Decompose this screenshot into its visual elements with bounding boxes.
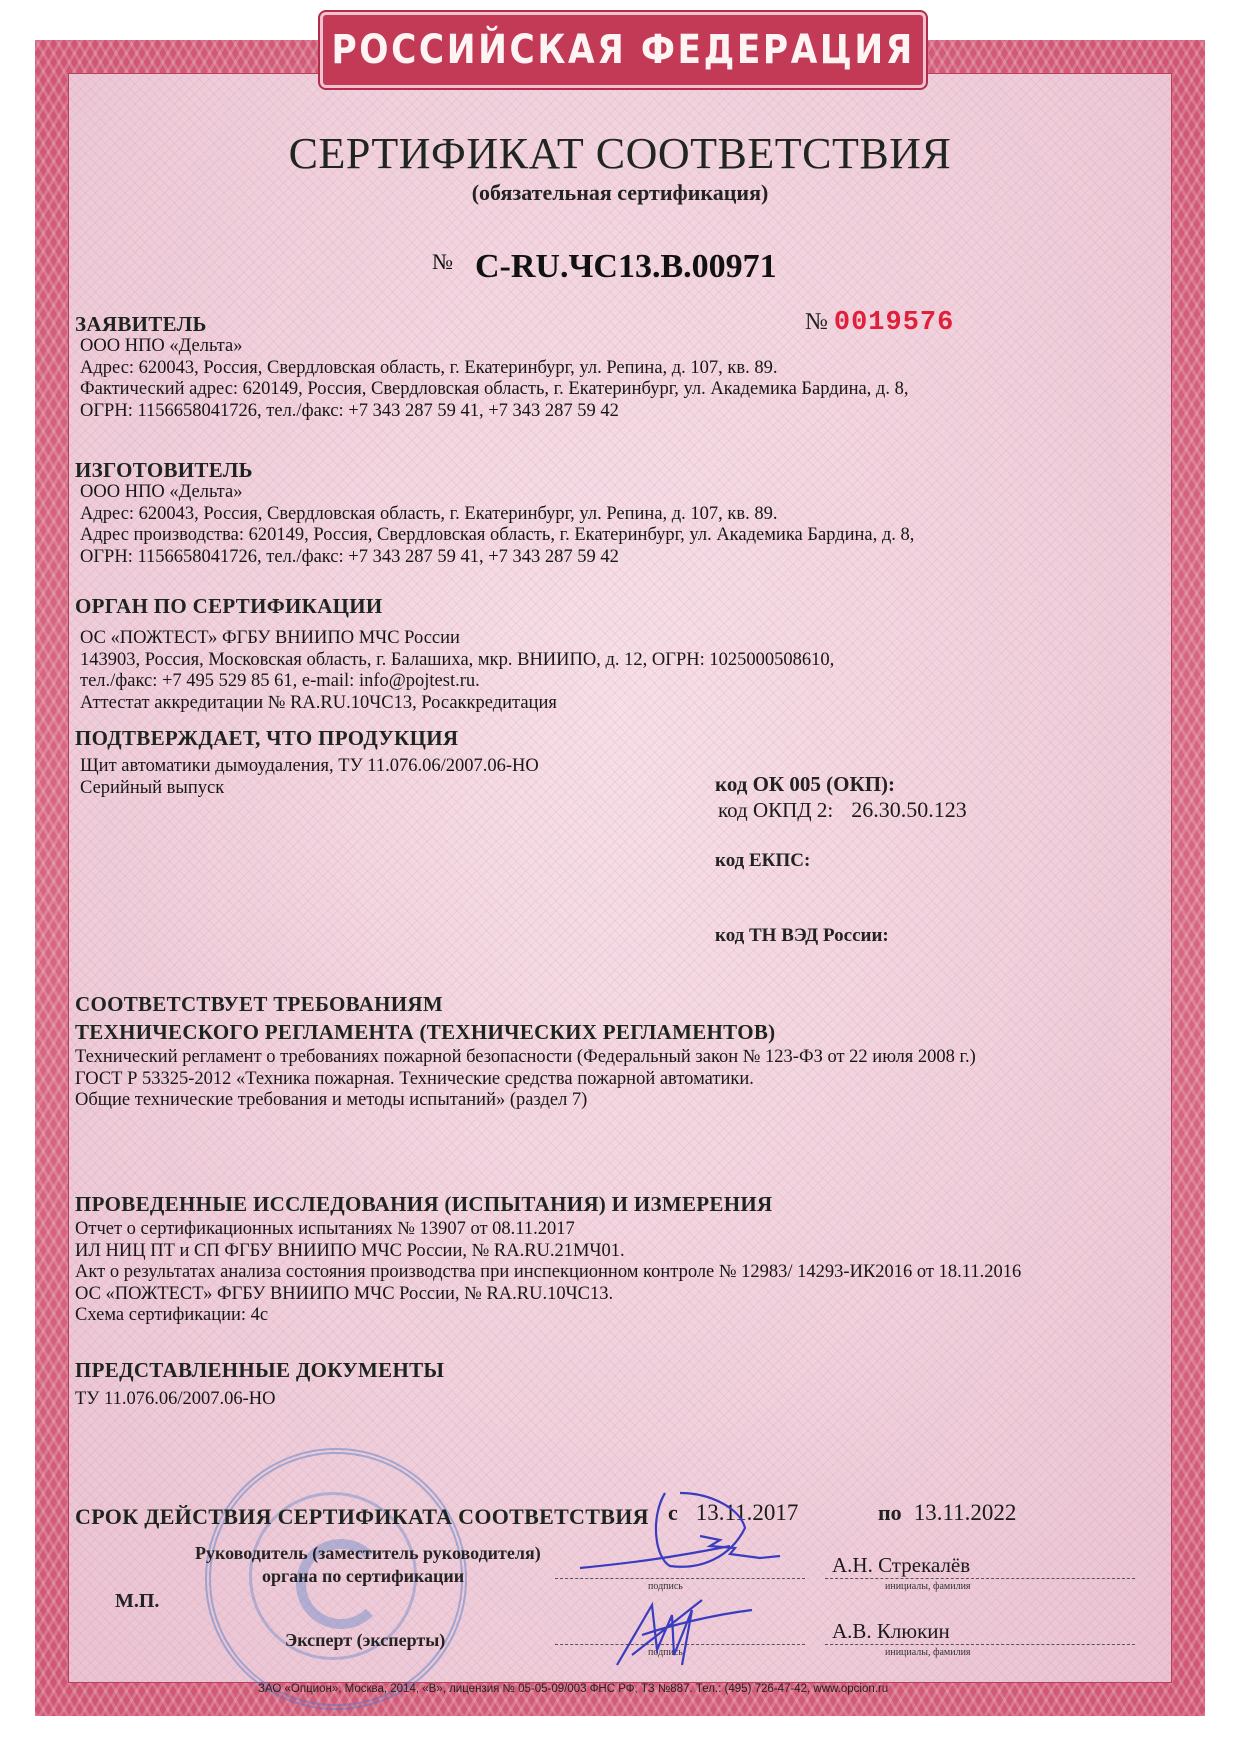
head-handwritten-signature — [570, 1488, 830, 1578]
certification-body-details: ОС «ПОЖТЕСТ» ФГБУ ВНИИПО МЧС России 1439… — [80, 628, 834, 714]
product-details: Щит автоматики дымоудаления, ТУ 11.076.0… — [80, 756, 539, 799]
manufacturer-details: ООО НПО «Дельта» Адрес: 620043, Россия, … — [80, 482, 914, 568]
manufacturer-heading: ИЗГОТОВИТЕЛЬ — [75, 458, 253, 483]
head-signatory-label-line1: Руководитель (заместитель руководителя) — [195, 1543, 541, 1564]
requirement-line: Технический регламент о требованиях пожа… — [75, 1047, 976, 1069]
test-line: Схема сертификации: 4с — [75, 1305, 1021, 1327]
document-title: СЕРТИФИКАТ СООТВЕТСТВИЯ — [0, 128, 1240, 179]
applicant-heading: ЗАЯВИТЕЛЬ — [75, 312, 207, 337]
certificate-paper — [68, 73, 1172, 1683]
validity-heading: СРОК ДЕЙСТВИЯ СЕРТИФИКАТА СООТВЕТСТВИЯ — [75, 1504, 649, 1530]
manufacturer-line: ООО НПО «Дельта» — [80, 482, 914, 504]
requirement-line: ГОСТ Р 53325-2012 «Техника пожарная. Тех… — [75, 1069, 976, 1091]
manufacturer-line: ОГРН: 1156658041726, тел./факс: +7 343 2… — [80, 547, 914, 569]
certificate-number-value: C-RU.ЧС13.В.00971 — [475, 248, 777, 285]
number-sign: № — [432, 249, 453, 274]
applicant-line: ОГРН: 1156658041726, тел./факс: +7 343 2… — [80, 401, 908, 423]
okpd2-label: код ОКПД 2: — [718, 798, 833, 822]
blank-serial-value: 0019576 — [834, 308, 954, 338]
validity-to-label: по — [878, 1500, 902, 1525]
product-heading: ПОДТВЕРЖДАЕТ, ЧТО ПРОДУКЦИЯ — [75, 726, 458, 751]
ekps-code-label: код ЕКПС: — [715, 850, 810, 872]
expert-label: Эксперт (эксперты) — [285, 1630, 445, 1651]
certification-body-line: 143903, Россия, Московская область, г. Б… — [80, 650, 834, 672]
test-line: ОС «ПОЖТЕСТ» ФГБУ ВНИИПО МЧС России, № R… — [75, 1284, 1021, 1306]
tests-details: Отчет о сертификационных испытаниях № 13… — [75, 1219, 1021, 1327]
ok005-code-label: код ОК 005 (ОКП): — [715, 772, 895, 797]
validity-to-date: 13.11.2022 — [914, 1500, 1017, 1525]
product-line: Щит автоматики дымоудаления, ТУ 11.076.0… — [80, 756, 539, 778]
applicant-line: ООО НПО «Дельта» — [80, 336, 908, 358]
test-line: Акт о результатах анализа состояния прои… — [75, 1262, 1021, 1284]
validity-to: по 13.11.2022 — [878, 1500, 1016, 1526]
product-line: Серийный выпуск — [80, 778, 539, 800]
head-signature-line — [555, 1578, 805, 1579]
country-banner-text: РОССИЙСКАЯ ФЕДЕРАЦИЯ — [331, 27, 914, 73]
certification-body-line: Аттестат аккредитации № RA.RU.10ЧС13, Ро… — [80, 693, 834, 715]
document-subtitle: (обязательная сертификация) — [0, 180, 1240, 206]
printer-imprint: ЗАО «Опцион», Москва, 2014, «В», лицензи… — [258, 1683, 888, 1695]
certification-body-line: ОС «ПОЖТЕСТ» ФГБУ ВНИИПО МЧС России — [80, 628, 834, 650]
head-signature-caption: подпись — [648, 1581, 683, 1592]
number-sign: № — [805, 309, 828, 335]
country-banner: РОССИЙСКАЯ ФЕДЕРАЦИЯ — [320, 12, 926, 88]
manufacturer-line: Адрес производства: 620149, Россия, Свер… — [80, 525, 914, 547]
okpd2-code: код ОКПД 2: 26.30.50.123 — [718, 797, 967, 823]
expert-name: А.В. Клюкин — [832, 1619, 950, 1644]
requirements-heading-line1: СООТВЕТСТВУЕТ ТРЕБОВАНИЯМ — [75, 992, 443, 1017]
seal-place-label: М.П. — [115, 1590, 159, 1613]
okpd2-value: 26.30.50.123 — [851, 797, 967, 822]
applicant-line: Адрес: 620043, Россия, Свердловская обла… — [80, 358, 908, 380]
test-line: ИЛ НИЦ ПТ и СП ФГБУ ВНИИПО МЧС России, №… — [75, 1241, 1021, 1263]
tests-heading: ПРОВЕДЕННЫЕ ИССЛЕДОВАНИЯ (ИСПЫТАНИЯ) И И… — [75, 1192, 772, 1217]
certificate-number: №C-RU.ЧС13.В.00971 — [432, 248, 777, 286]
head-name-line — [825, 1578, 1135, 1579]
manufacturer-line: Адрес: 620043, Россия, Свердловская обла… — [80, 504, 914, 526]
certification-body-line: тел./факс: +7 495 529 85 61, e-mail: inf… — [80, 671, 834, 693]
requirement-line: Общие технические требования и методы ис… — [75, 1090, 976, 1112]
expert-handwritten-signature — [612, 1595, 762, 1675]
requirements-heading-line2: ТЕХНИЧЕСКОГО РЕГЛАМЕНТА (ТЕХНИЧЕСКИХ РЕГ… — [75, 1020, 775, 1045]
head-signatory-label-line2: органа по сертификации — [262, 1566, 464, 1587]
applicant-line: Фактический адрес: 620149, Россия, Сверд… — [80, 379, 908, 401]
expert-name-caption: инициалы, фамилия — [885, 1647, 971, 1658]
requirements-details: Технический регламент о требованиях пожа… — [75, 1047, 976, 1112]
expert-name-line — [825, 1644, 1135, 1645]
head-signatory-name: А.Н. Стрекалёв — [832, 1553, 970, 1578]
blank-serial-number: № 0019576 — [805, 308, 954, 338]
applicant-details: ООО НПО «Дельта» Адрес: 620043, Россия, … — [80, 336, 908, 422]
documents-line: ТУ 11.076.06/2007.06-НО — [75, 1389, 275, 1411]
documents-heading: ПРЕДСТАВЛЕННЫЕ ДОКУМЕНТЫ — [75, 1358, 444, 1383]
certificate-frame — [35, 40, 1205, 1716]
certification-body-heading: ОРГАН ПО СЕРТИФИКАЦИИ — [75, 594, 383, 619]
test-line: Отчет о сертификационных испытаниях № 13… — [75, 1219, 1021, 1241]
tnved-code-label: код ТН ВЭД России: — [715, 925, 889, 947]
head-name-caption: инициалы, фамилия — [885, 1581, 971, 1592]
